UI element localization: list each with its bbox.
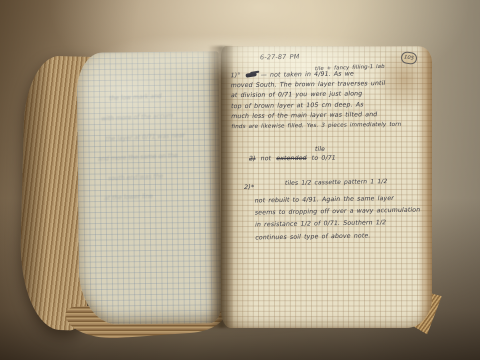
bleedthrough-text: and more the same on the	[98, 152, 178, 163]
bleedthrough-text: south end was the	[108, 173, 164, 183]
note-2-paragraph: not rebuilt to 4/91. Again the same laye…	[255, 193, 421, 245]
bleedthrough-text: with more of the accum	[101, 113, 173, 123]
struck-text: 2)	[249, 155, 256, 162]
notebook-photo: the low mark and with more of the accum …	[0, 0, 480, 360]
bleedthrough-text: at the lower line	[104, 193, 153, 202]
note-2-label: 2)*	[244, 182, 254, 192]
struck-through-line: 2)notextendedto 0/71	[249, 154, 341, 165]
light-sheen	[70, 38, 420, 93]
bleedthrough-text: the layer at 0/71 was near	[105, 132, 185, 143]
struck-text: extended	[276, 155, 307, 162]
note-1-line: finds are likewise filled. Yes. 3 pieces…	[231, 120, 401, 133]
plain-text: not	[261, 155, 272, 162]
note-2-heading: tiles 1/2 cassette pattern 1 1/2	[285, 177, 388, 189]
bleedthrough-text: the low mark and	[109, 93, 162, 102]
page-edge-stain	[418, 46, 432, 328]
plain-text: to 0/71	[312, 155, 336, 162]
note-2-line: continues soil type of above note.	[255, 229, 421, 244]
